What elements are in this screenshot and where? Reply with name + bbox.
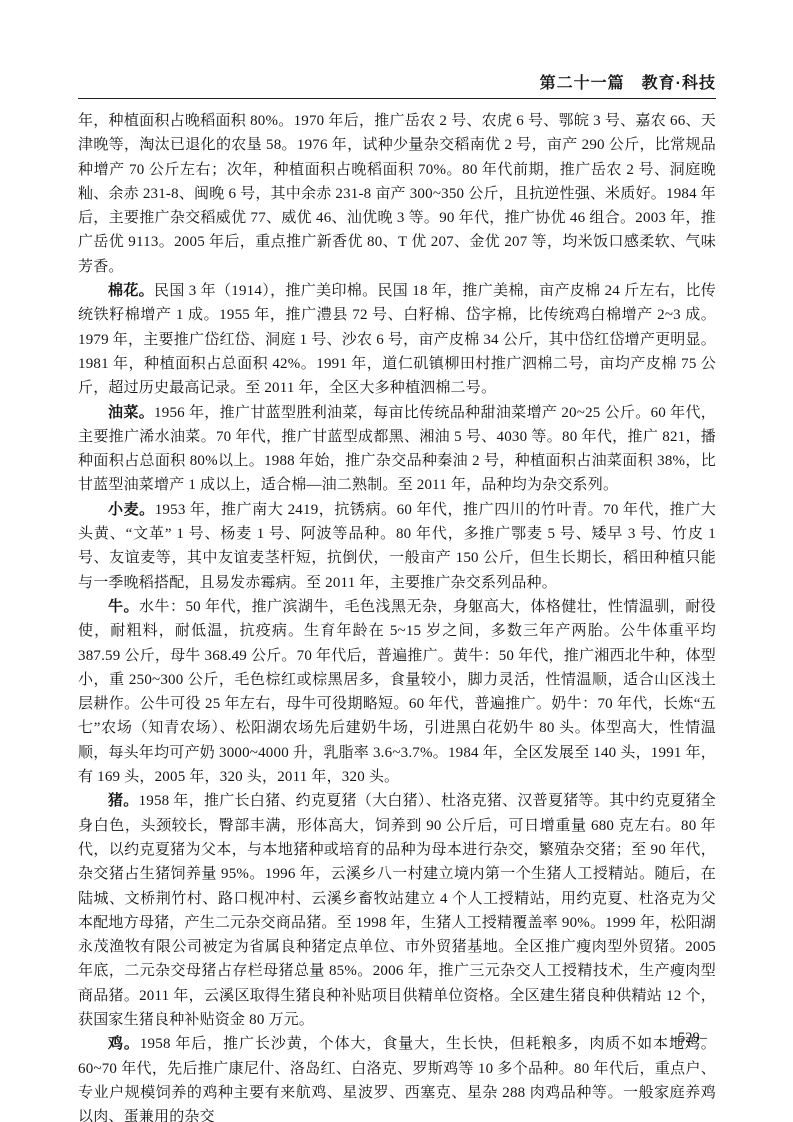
header-rule bbox=[78, 98, 716, 99]
paragraph-text: 水牛：50 年代，推广滨湖牛，毛色浅黑无杂，身躯高大，体格健壮，性情温驯，耐役使… bbox=[78, 599, 716, 785]
paragraph-text: 民国 3 年（1914），推广美印棉。民国 18 年，推广美棉，亩产皮棉 24 … bbox=[78, 283, 716, 396]
paragraph-lead: 油菜。 bbox=[108, 404, 154, 421]
paragraph-lead: 棉花。 bbox=[108, 282, 154, 299]
paragraph-text: 年，种植面积占晚稻面积 80%。1970 年后，推广岳农 2 号、农虎 6 号、… bbox=[78, 113, 716, 275]
paragraph: 年，种植面积占晚稻面积 80%。1970 年后，推广岳农 2 号、农虎 6 号、… bbox=[78, 109, 716, 279]
paragraph-text: 1958 年后，推广长沙黄，个体大，食量大，生长快，但耗粮多，肉质不如本地鸡。6… bbox=[78, 1036, 716, 1122]
page-content: 年，种植面积占晚稻面积 80%。1970 年后，推广岳农 2 号、农虎 6 号、… bbox=[78, 109, 716, 1122]
paragraph-text: 1953 年，推广南大 2419，抗锈病。60 年代，推广四川的竹叶青。70 年… bbox=[78, 502, 716, 591]
book-page: 第二十一篇 教育·科技 年，种植面积占晚稻面积 80%。1970 年后，推广岳农… bbox=[0, 0, 793, 1122]
page-header: 第二十一篇 教育·科技 bbox=[78, 70, 716, 93]
paragraph-lead: 小麦。 bbox=[108, 501, 155, 518]
paragraph-lead: 牛。 bbox=[108, 598, 139, 615]
paragraph: 油菜。1956 年，推广甘蓝型胜利油菜，每亩比传统品种甜油菜增产 20~25 公… bbox=[78, 401, 716, 498]
running-header-title: 第二十一篇 教育·科技 bbox=[540, 75, 716, 92]
paragraph-text: 1958 年，推广长白猪、约克夏猪（大白猪）、杜洛克猪、汉普夏猪等。其中约克夏猪… bbox=[78, 793, 716, 1028]
page-number: –529– bbox=[671, 1030, 707, 1046]
paragraph: 小麦。1953 年，推广南大 2419，抗锈病。60 年代，推广四川的竹叶青。7… bbox=[78, 498, 716, 595]
paragraph: 棉花。民国 3 年（1914），推广美印棉。民国 18 年，推广美棉，亩产皮棉 … bbox=[78, 279, 716, 400]
paragraph: 牛。水牛：50 年代，推广滨湖牛，毛色浅黑无杂，身躯高大，体格健壮，性情温驯，耐… bbox=[78, 595, 716, 789]
paragraph-lead: 猪。 bbox=[108, 792, 139, 809]
paragraph: 猪。1958 年，推广长白猪、约克夏猪（大白猪）、杜洛克猪、汉普夏猪等。其中约克… bbox=[78, 789, 716, 1032]
page-footer: –529– bbox=[78, 1030, 707, 1047]
paragraph-text: 1956 年，推广甘蓝型胜利油菜，每亩比传统品种甜油菜增产 20~25 公斤。6… bbox=[78, 405, 716, 494]
